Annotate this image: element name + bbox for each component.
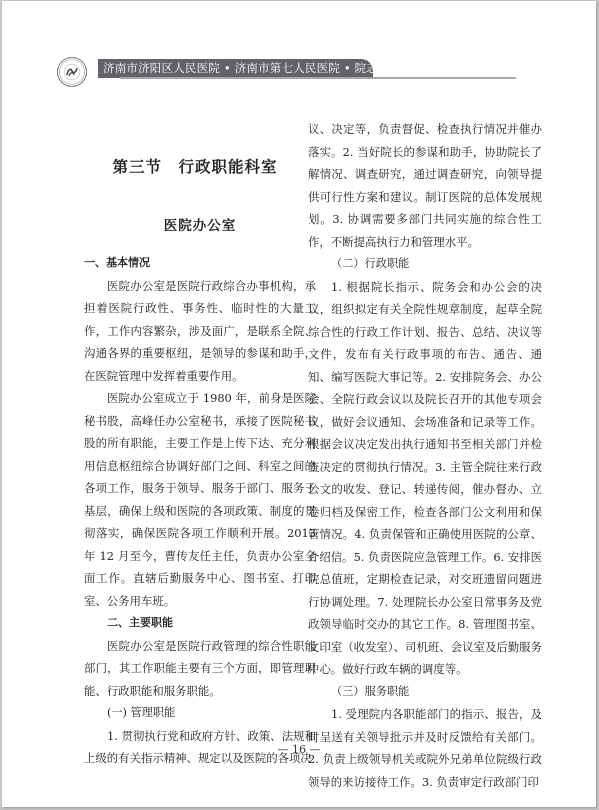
right-column: 议、决定等，负责督促、检查执行情况并催办落实。2. 当好院长的参谋和助手，协助院… bbox=[308, 118, 542, 793]
paragraph: 议、决定等，负责督促、检查执行情况并催办落实。2. 当好院长的参谋和助手，协助院… bbox=[308, 118, 542, 253]
document-page: 济南市济阳区人民医院 • 济南市第七人民医院 • 院志 第三节 行政职能科室 医… bbox=[2, 1, 596, 807]
header-title: 济南市济阳区人民医院 • 济南市第七人民医院 • 院志 bbox=[98, 59, 373, 78]
heading-basic-info: 一、基本情况 bbox=[84, 252, 316, 275]
paragraph: 医院办公室是医院行政综合办事机构，承担着医院行政性、事务性、临时性的大量工作，工… bbox=[84, 275, 316, 388]
department-title: 医院办公室 bbox=[84, 214, 316, 238]
header-divider bbox=[120, 77, 516, 79]
heading-main-functions: 二、主要职能 bbox=[84, 612, 316, 635]
left-column: 第三节 行政职能科室 医院办公室 一、基本情况 医院办公室是医院行政综合办事机构… bbox=[84, 151, 316, 770]
page-header: 济南市济阳区人民医院 • 济南市第七人民医院 • 院志 bbox=[57, 57, 527, 87]
heading-management-functions: (一) 管理职能 bbox=[84, 702, 316, 725]
paragraph: 1. 根据院长指示、院务会和办公会的决议，组织拟定有关全院性规章制度，起草全院综… bbox=[308, 276, 542, 681]
hospital-emblem-icon bbox=[57, 57, 87, 87]
paragraph: 医院办公室成立于 1980 年，前身是医院秘书股，高峰任办公室秘书，承接了医院秘… bbox=[84, 387, 316, 612]
page-number: — 16 — bbox=[2, 743, 596, 756]
heading-service-functions: （三）服务职能 bbox=[308, 681, 542, 704]
paragraph: 医院办公室是医院行政管理的综合性职能部门，其工作职能主要有三个方面，即管理职能、… bbox=[84, 635, 316, 703]
section-title: 第三节 行政职能科室 bbox=[74, 151, 316, 183]
heading-administrative-functions: （二）行政职能 bbox=[308, 253, 542, 276]
